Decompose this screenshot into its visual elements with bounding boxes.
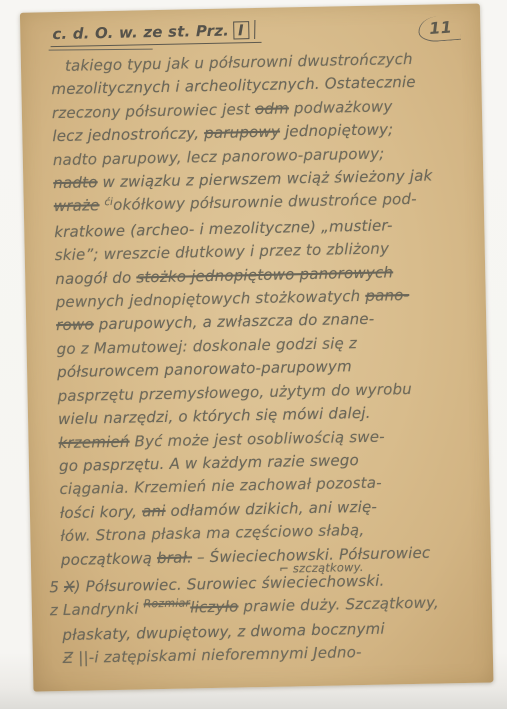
handwritten-text: go z Mamutowej: doskonale godzi się z: [56, 334, 357, 358]
struck-out-text: nadto: [53, 173, 98, 192]
handwritten-text: 5: [49, 578, 64, 596]
handwritten-text: podważkowy: [289, 97, 393, 117]
handwritten-text: z Landrynki: [50, 600, 144, 620]
handwritten-text: łów. Strona płaska ma częściowo słabą,: [60, 521, 364, 545]
manuscript-lines: takiego typu jak u półsurowni dwustrończ…: [51, 47, 475, 671]
handwritten-text: rzeczony półsurowiec jest: [52, 100, 255, 122]
handwritten-text: wielu narzędzi, o których się mówi dalej…: [58, 404, 371, 428]
struck-out-text: X: [64, 578, 75, 596]
handwritten-text: płaskaty, dwupiętowy, z dwoma bocznymi: [62, 619, 385, 643]
handwritten-text: kratkowe (archeo- i mezolityczne) „musti…: [54, 216, 393, 241]
handwritten-text: Być może jest osobliwością swe-: [129, 427, 385, 450]
handwritten-text: go pasprzętu. A w każdym razie swego: [59, 451, 359, 475]
struck-out-text: Rozmiar: [143, 591, 190, 615]
page-number: 11: [418, 15, 461, 43]
handwritten-text: Ƶ ||-i zatępiskami nieforemnymi Jedno-: [63, 643, 362, 667]
struck-out-text: liczyło: [190, 598, 239, 617]
handwritten-text: odłamów dzikich, ani wzię-: [165, 497, 377, 519]
header-boxed-numeral: I: [233, 21, 249, 39]
page-header: c. d. O. w. ze st. Prz. I: [50, 20, 261, 47]
handwritten-text: naogół do: [55, 268, 136, 288]
handwritten-text: mezolitycznych i archeolitycznych. Ostat…: [51, 73, 416, 98]
struck-out-text: ani: [142, 502, 166, 520]
handwritten-text: pewnych jednopiętowych stożkowatych: [56, 287, 366, 311]
handwritten-text: ći: [104, 191, 113, 215]
scanned-document-screenshot: { "doc": { "kind": "handwritten manuscri…: [0, 0, 507, 709]
struck-out-text: stożko jednopiętowo panorowych: [136, 263, 393, 286]
struck-out-text: brał.: [157, 548, 192, 567]
struck-out-text: odm: [255, 99, 289, 118]
manuscript-paper: c. d. O. w. ze st. Prz. I 11 takiego typ…: [20, 4, 494, 692]
struck-out-text: rowo: [56, 316, 94, 335]
handwritten-text: półsurowcem panorowato-parupowym: [57, 357, 352, 381]
header-text: c. d. O. w. ze st. Prz.: [52, 21, 229, 43]
handwritten-text: początkową: [61, 549, 158, 569]
struck-out-text: wraże: [54, 197, 100, 216]
handwritten-text: w związku z pierwszem wciąż świeżony jak: [97, 167, 432, 192]
handwritten-text: prawie duży. Szczątkowy,: [238, 594, 439, 616]
handwritten-text: ciągania. Krzemień nie zachował pozosta-: [59, 474, 382, 498]
handwritten-text: łości kory,: [60, 502, 143, 522]
handwritten-text: pasprzętu przemysłowego, użytym do wyrob…: [57, 380, 412, 405]
handwritten-text: nadto parupowy, lecz panorowo-parupowy;: [53, 144, 385, 169]
handwritten-text: parupowych, a zwłaszcza do znane-: [94, 310, 375, 334]
handwritten-text: ) Półsurowiec. Surowiec świeciechowski.: [74, 571, 384, 595]
header-tail-stroke: [254, 20, 255, 39]
handwritten-text: okółkowy półsurownie dwustrońce pod-: [113, 190, 417, 214]
handwritten-text: jednopiętowy;: [280, 121, 394, 141]
struck-out-text: krzemień: [58, 432, 129, 451]
handwritten-text: lecz jednostrończy,: [52, 124, 204, 145]
header-row: c. d. O. w. ze st. Prz. I 11: [50, 16, 462, 49]
struck-out-text: pano-: [365, 286, 409, 305]
handwritten-text: skie”; wreszcie dłutkowy i przez to zbli…: [55, 240, 390, 265]
handwritten-text: takiego typu jak u półsurowni dwustrończ…: [65, 50, 413, 75]
struck-out-text: parupowy: [204, 123, 280, 143]
